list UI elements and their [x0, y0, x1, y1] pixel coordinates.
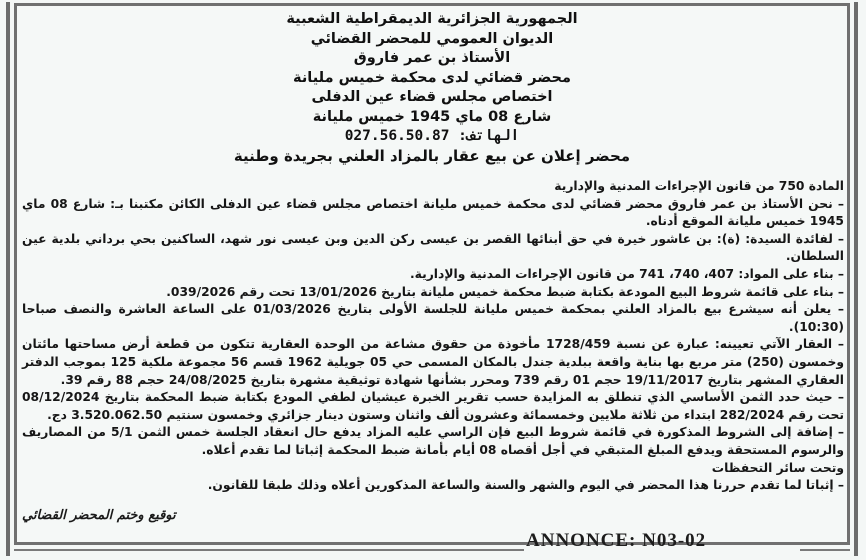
- header-jurisdiction: اختصاص مجلس قضاء عين الدفلى: [17, 88, 847, 108]
- signature-label: توقيع وختم المحضر القضائي: [22, 508, 176, 523]
- body-paragraph: المادة 750 من قانون الإجراءات المدنية وا…: [22, 178, 844, 196]
- header-office: الديوان العمومي للمحضر القضائي: [17, 30, 847, 50]
- header-address: شارع 08 ماي 1945 خميس مليانة: [17, 108, 847, 128]
- header-court: محضر قضائي لدى محكمة خميس مليانة: [17, 69, 847, 89]
- document-title: محضر إعلان عن بيع عقار بالمزاد العلني بج…: [17, 147, 847, 167]
- body-paragraph: – حيث حدد الثمن الأساسي الذي تنطلق به ال…: [22, 389, 844, 424]
- body-paragraph: – العقار الآتي تعيينه: عبارة عن نسبة 172…: [22, 336, 844, 389]
- header-phone: الهاتف: 027.56.50.87: [17, 127, 847, 147]
- body-paragraph: – يعلن أنه سيشرع بيع بالمزاد العلني بمحك…: [22, 301, 844, 336]
- document-header: الجمهورية الجزائرية الديمقراطية الشعبية …: [17, 10, 847, 166]
- body-paragraph: – بناء على قائمة شروط البيع المودعة بكتا…: [22, 284, 844, 302]
- body-paragraph: – نحن الأستاذ بن عمر فاروق محضر قضائي لد…: [22, 196, 844, 231]
- body-paragraph: – إضافة إلى الشروط المذكورة في قائمة شرو…: [22, 424, 844, 459]
- bottom-rule: [14, 549, 524, 551]
- body-paragraph: – لفائدة السيدة: (ة): بن عاشور خيرة في ح…: [22, 231, 844, 266]
- header-republic: الجمهورية الجزائرية الديمقراطية الشعبية: [17, 10, 847, 30]
- body-paragraph: – إثباتا لما تقدم حررنا هذا المحضر في ال…: [22, 477, 844, 495]
- body-paragraph: وتحت سائر التحفظات: [22, 460, 844, 478]
- header-bailiff-name: الأستاذ بن عمر فاروق: [17, 49, 847, 69]
- body-paragraph: – بناء على المواد: 407، 740، 741 من قانو…: [22, 266, 844, 284]
- document-body: المادة 750 من قانون الإجراءات المدنية وا…: [22, 178, 844, 495]
- bottom-rule: [800, 549, 850, 551]
- annonce-number: ANNONCE: N03-02: [526, 530, 706, 552]
